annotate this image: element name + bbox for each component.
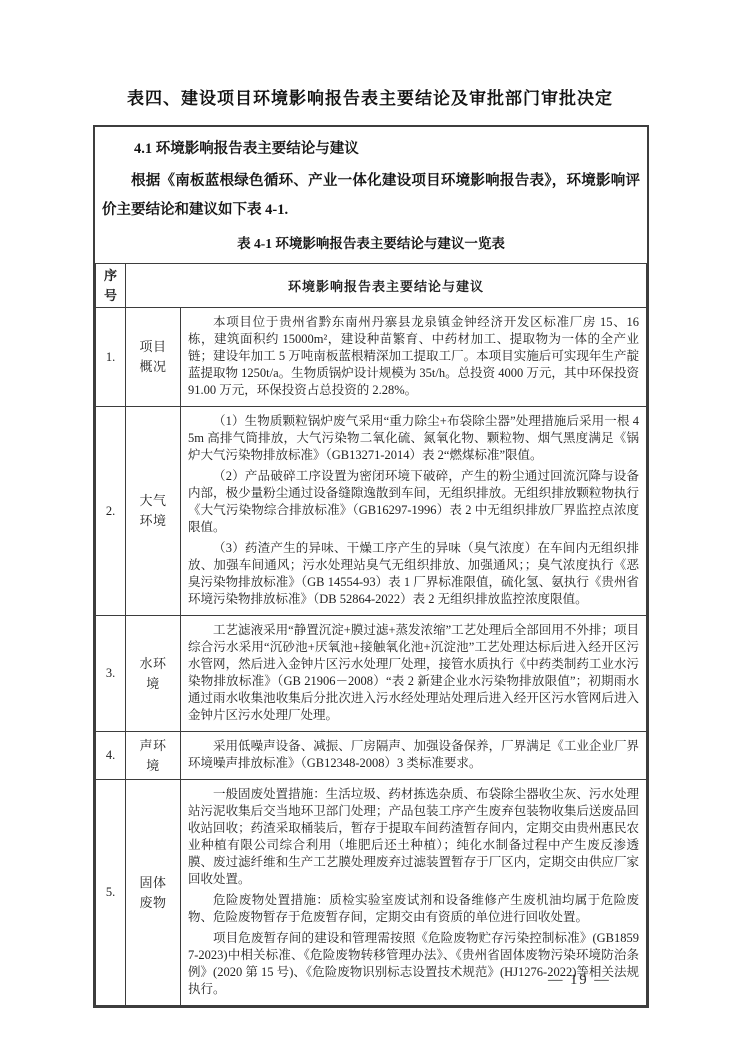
table-header-row: 序号 环境影响报告表主要结论与建议 [96, 264, 647, 308]
row-number: 4. [96, 732, 126, 780]
row-content: 采用低噪声设备、减振、厂房隔声、加强设备保养，厂界满足《工业企业厂界环境噪声排放… [181, 732, 647, 780]
header-conclusions: 环境影响报告表主要结论与建议 [126, 264, 647, 308]
document-page: 表四、建设项目环境影响报告表主要结论及审批部门审批决定 4.1 环境影响报告表主… [0, 0, 740, 1046]
table-title: 表 4-1 环境影响报告表主要结论与建议一览表 [95, 232, 647, 252]
row-number: 1. [96, 308, 126, 407]
row-category: 水环境 [126, 616, 181, 732]
conclusions-table: 序号 环境影响报告表主要结论与建议 1. 项目概况 本项目位于贵州省黔东南州丹寨… [95, 263, 647, 1006]
content-paragraph: 采用低噪声设备、减振、厂房隔声、加强设备保养，厂界满足《工业企业厂界环境噪声排放… [188, 738, 639, 772]
page-title: 表四、建设项目环境影响报告表主要结论及审批部门审批决定 [0, 84, 740, 109]
content-paragraph: 危险废物处置措施：质检实验室废试剂和设备维修产生废机油均属于危险废物、危险废物暂… [188, 892, 639, 926]
row-category: 固体废物 [126, 780, 181, 1006]
row-category: 声环境 [126, 732, 181, 780]
content-paragraph: （3）药渣产生的异味、干燥工序产生的异味（臭气浓度）在车间内无组织排放、加强车间… [188, 540, 639, 608]
row-content: （1）生物质颗粒锅炉废气采用“重力除尘+布袋除尘器”处理措施后采用一根 45m … [181, 407, 647, 616]
table-row-water-environment: 3. 水环境 工艺滤液采用“静置沉淀+膜过滤+蒸发浓缩”工艺处理后全部回用不外排… [96, 616, 647, 732]
content-paragraph: （1）生物质颗粒锅炉废气采用“重力除尘+布袋除尘器”处理措施后采用一根 45m … [188, 413, 639, 464]
section-box: 4.1 环境影响报告表主要结论与建议 根据《南板蓝根绿色循环、产业一体化建设项目… [93, 125, 649, 1008]
content-paragraph: 一般固废处置措施：生活垃圾、药材拣选杂质、布袋除尘器收尘灰、污水处理站污泥收集后… [188, 786, 639, 888]
section-heading: 4.1 环境影响报告表主要结论与建议 [105, 138, 637, 161]
content-paragraph: 工艺滤液采用“静置沉淀+膜过滤+蒸发浓缩”工艺处理后全部回用不外排；项目综合污水… [188, 622, 639, 724]
page-number: — 19 — [548, 972, 611, 989]
row-category: 大气环境 [126, 407, 181, 616]
header-seq-no: 序号 [96, 264, 126, 308]
row-number: 2. [96, 407, 126, 616]
section-intro: 根据《南板蓝根绿色循环、产业一体化建设项目环境影响报告表》，环境影响评价主要结论… [102, 167, 640, 225]
table-row-air-environment: 2. 大气环境 （1）生物质颗粒锅炉废气采用“重力除尘+布袋除尘器”处理措施后采… [96, 407, 647, 616]
content-paragraph: （2）产品破碎工序设置为密闭环境下破碎，产生的粉尘通过回流沉降与设备内部，极少量… [188, 468, 639, 536]
content-paragraph: 本项目位于贵州省黔东南州丹寨县龙泉镇金钟经济开发区标准厂房 15、16 栋，建筑… [188, 314, 639, 399]
row-number: 5. [96, 780, 126, 1006]
row-number: 3. [96, 616, 126, 732]
row-category: 项目概况 [126, 308, 181, 407]
row-content: 工艺滤液采用“静置沉淀+膜过滤+蒸发浓缩”工艺处理后全部回用不外排；项目综合污水… [181, 616, 647, 732]
row-content: 本项目位于贵州省黔东南州丹寨县龙泉镇金钟经济开发区标准厂房 15、16 栋，建筑… [181, 308, 647, 407]
table-row-project-overview: 1. 项目概况 本项目位于贵州省黔东南州丹寨县龙泉镇金钟经济开发区标准厂房 15… [96, 308, 647, 407]
table-row-noise-environment: 4. 声环境 采用低噪声设备、减振、厂房隔声、加强设备保养，厂界满足《工业企业厂… [96, 732, 647, 780]
